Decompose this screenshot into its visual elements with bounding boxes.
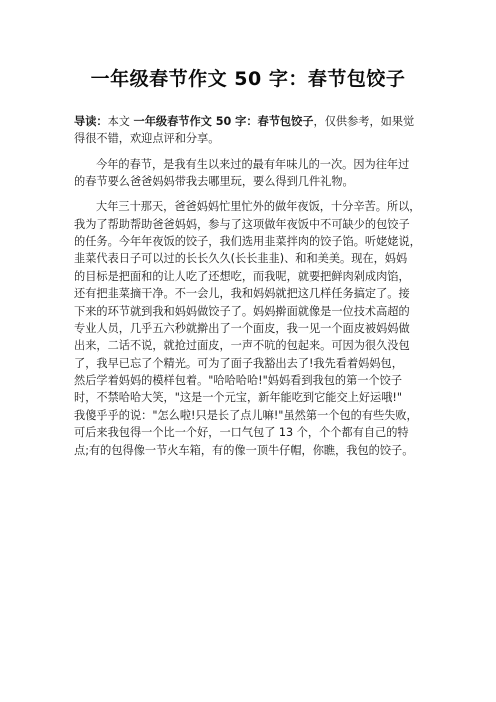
document-title: 一年级春节作文 50 字：春节包饺子 — [0, 64, 496, 91]
paragraph-line: 的春节要么爸爸妈妈带我去哪里玩，要么得到几件礼物。 — [74, 173, 424, 190]
paragraph-line: 还有把韭菜摘干净。不一会儿，我和妈妈就把这几样任务搞定了。接 — [74, 285, 424, 302]
intro-line-1: 导读：本文 一年级春节作文 50 字：春节包饺子，仅供参考，如果觉 — [74, 113, 424, 130]
paragraph-line: 出来，二话不说，就抢过面皮，一声不吭的包起来。可因为很久没包 — [74, 337, 424, 354]
paragraph-line: 大年三十那天，爸爸妈妈忙里忙外的做年夜饭，十分辛苦。所以， — [74, 198, 424, 215]
intro-suffix: ，仅供参考，如果觉 — [314, 115, 415, 128]
paragraph-line: 我为了帮助帮助爸爸妈妈，参与了这项做年夜饭中不可缺少的包饺子 — [74, 216, 424, 233]
intro-label: 导读： — [74, 115, 108, 128]
paragraph-line: 了，我早已忘了个精光。可为了面子我豁出去了!我先看着妈妈包， — [74, 355, 424, 372]
paragraph-line: 韭菜代表日子可以过的长长久久(长长韭韭)、和和美美。现在，妈妈 — [74, 250, 424, 267]
intro-line-2: 得很不错，欢迎点评和分享。 — [74, 130, 424, 147]
paragraph-line: 时，不禁哈哈大笑，"这是一个元宝，新年能吃到它能交上好运哦!" — [74, 389, 424, 406]
paragraph-line: 的任务。今年年夜饭的饺子，我们选用韭菜拌肉的饺子馅。听姥姥说， — [74, 233, 424, 250]
paragraph-line: 可后来我包得一个比一个好，一口气包了 13 个，个个都有自己的特 — [74, 424, 424, 441]
paragraph-line: 然后学着妈妈的模样包着。"哈哈哈哈!"妈妈看到我包的第一个饺子 — [74, 372, 424, 389]
intro-paragraph: 导读：本文 一年级春节作文 50 字：春节包饺子，仅供参考，如果觉 得很不错，欢… — [74, 113, 424, 148]
intro-prefix: 本文 — [108, 115, 134, 128]
paragraph-2: 大年三十那天，爸爸妈妈忙里忙外的做年夜饭，十分辛苦。所以， 我为了帮助帮助爸爸妈… — [74, 198, 424, 459]
paragraph-line: 点;有的包得像一节火车箱，有的像一顶牛仔帽，你瞧，我包的饺子。 — [74, 442, 424, 459]
paragraph-line: 下来的环节就到我和妈妈做饺子了。妈妈擀面就像是一位技术高超的 — [74, 303, 424, 320]
paragraph-line: 我傻乎乎的说："怎么啦!只是长了点儿嘛!"虽然第一个包的有些失败， — [74, 407, 424, 424]
document-body: 导读：本文 一年级春节作文 50 字：春节包饺子，仅供参考，如果觉 得很不错，欢… — [74, 113, 424, 467]
paragraph-1: 今年的春节，是我有生以来过的最有年味儿的一次。因为往年过 的春节要么爸爸妈妈带我… — [74, 156, 424, 191]
document-page: 一年级春节作文 50 字：春节包饺子 导读：本文 一年级春节作文 50 字：春节… — [0, 0, 496, 702]
intro-bold-title: 一年级春节作文 50 字：春节包饺子 — [134, 115, 314, 128]
paragraph-line: 专业人员，几乎五六秒就擀出了一个面皮，我一见一个面皮被妈妈做 — [74, 320, 424, 337]
paragraph-line: 的目标是把面和的让人吃了还想吃，而我呢，就要把鲜肉剁成肉馅， — [74, 268, 424, 285]
paragraph-line: 今年的春节，是我有生以来过的最有年味儿的一次。因为往年过 — [74, 156, 424, 173]
